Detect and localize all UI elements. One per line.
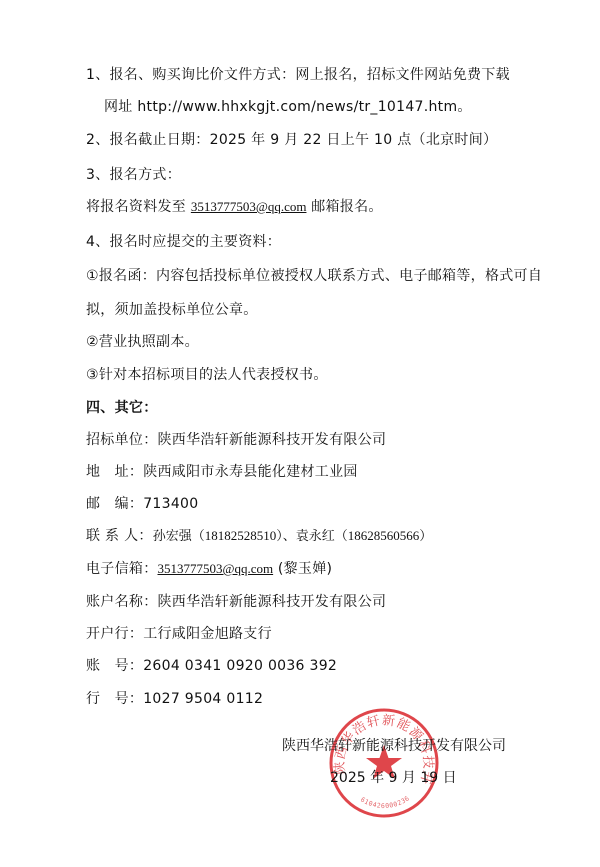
field-value: 工行咸阳金旭路支行 (143, 626, 272, 642)
section-other-heading: 四、其它： (86, 399, 158, 417)
field-bank-number: 行 号：1027 9504 0112 (86, 690, 263, 708)
field-account-name: 账户名称：陕西华浩轩新能源科技开发有限公司 (86, 593, 386, 611)
field-account-number: 账 号：2604 0341 0920 0036 392 (86, 657, 337, 675)
field-contact: 联 系 人：孙宏强（18182528510）、袁永红（18628560566） (86, 527, 432, 545)
item-3-email-line: 将报名资料发至 3513777503@qq.com 邮箱报名。 (86, 198, 383, 216)
signature-date: 2025 年 9 月 19 日 (330, 769, 457, 787)
registration-email-link[interactable]: 3513777503@qq.com (191, 199, 307, 214)
url-suffix: 。 (457, 99, 471, 115)
email-suffix: 邮箱报名。 (306, 199, 382, 215)
item-1-url-line: 网址 http://www.hhxkgjt.com/news/tr_10147.… (104, 98, 472, 116)
field-label: 行 号： (86, 691, 143, 707)
field-value: 713400 (143, 496, 198, 512)
material-2-business-license: ②营业执照副本。 (86, 333, 199, 351)
email-prefix: 将报名资料发至 (86, 199, 191, 215)
contact-email-link[interactable]: 3513777503@qq.com (158, 561, 274, 576)
material-1-application-letter: ①报名函：内容包括投标单位被授权人联系方式、电子邮箱等，格式可自 (86, 267, 542, 285)
item-4-materials-heading: 4、报名时应提交的主要资料： (86, 233, 281, 251)
field-label: 招标单位： (86, 432, 158, 448)
field-bank: 开户行：工行咸阳金旭路支行 (86, 625, 272, 643)
field-value: 陕西华浩轩新能源科技开发有限公司 (158, 432, 387, 448)
company-seal-stamp-icon: 陕西华浩轩新能源科技开发有限公司 6104260002360 (328, 707, 440, 819)
field-postcode: 邮 编：713400 (86, 495, 198, 513)
field-tenderer: 招标单位：陕西华浩轩新能源科技开发有限公司 (86, 431, 386, 449)
material-3-authorization: ③针对本招标项目的法人代表授权书。 (86, 366, 328, 384)
field-value: 1027 9504 0112 (143, 691, 263, 707)
field-label: 联 系 人： (86, 528, 153, 544)
field-label: 开户行： (86, 626, 143, 642)
field-label: 电子信箱： (86, 561, 158, 577)
item-3-method-heading: 3、报名方式： (86, 166, 181, 184)
email-owner-note: (黎玉婵) (273, 561, 332, 577)
material-1-continued: 拟，须加盖投标单位公章。 (86, 301, 258, 319)
url-prefix: 网址 (104, 99, 137, 115)
tender-url-link[interactable]: http://www.hhxkgjt.com/news/tr_10147.htm (137, 99, 457, 115)
field-label: 账户名称： (86, 594, 158, 610)
field-label: 账 号： (86, 658, 143, 674)
item-2-deadline: 2、报名截止日期：2025 年 9 月 22 日上午 10 点（北京时间） (86, 131, 497, 149)
field-email: 电子信箱：3513777503@qq.com (黎玉婵) (86, 560, 332, 578)
field-value: 2604 0341 0920 0036 392 (143, 658, 337, 674)
field-value: 陕西咸阳市永寿县能化建材工业园 (143, 464, 358, 480)
field-address: 地 址：陕西咸阳市永寿县能化建材工业园 (86, 463, 358, 481)
signature-company: 陕西华浩轩新能源科技开发有限公司 (282, 737, 506, 755)
field-value: 孙宏强（18182528510）、袁永红（18628560566） (153, 528, 433, 543)
field-value: 陕西华浩轩新能源科技开发有限公司 (158, 594, 387, 610)
field-label: 地 址： (86, 464, 143, 480)
field-label: 邮 编： (86, 496, 143, 512)
item-1-registration-method: 1、报名、购买询比价文件方式：网上报名，招标文件网站免费下载 (86, 66, 510, 84)
